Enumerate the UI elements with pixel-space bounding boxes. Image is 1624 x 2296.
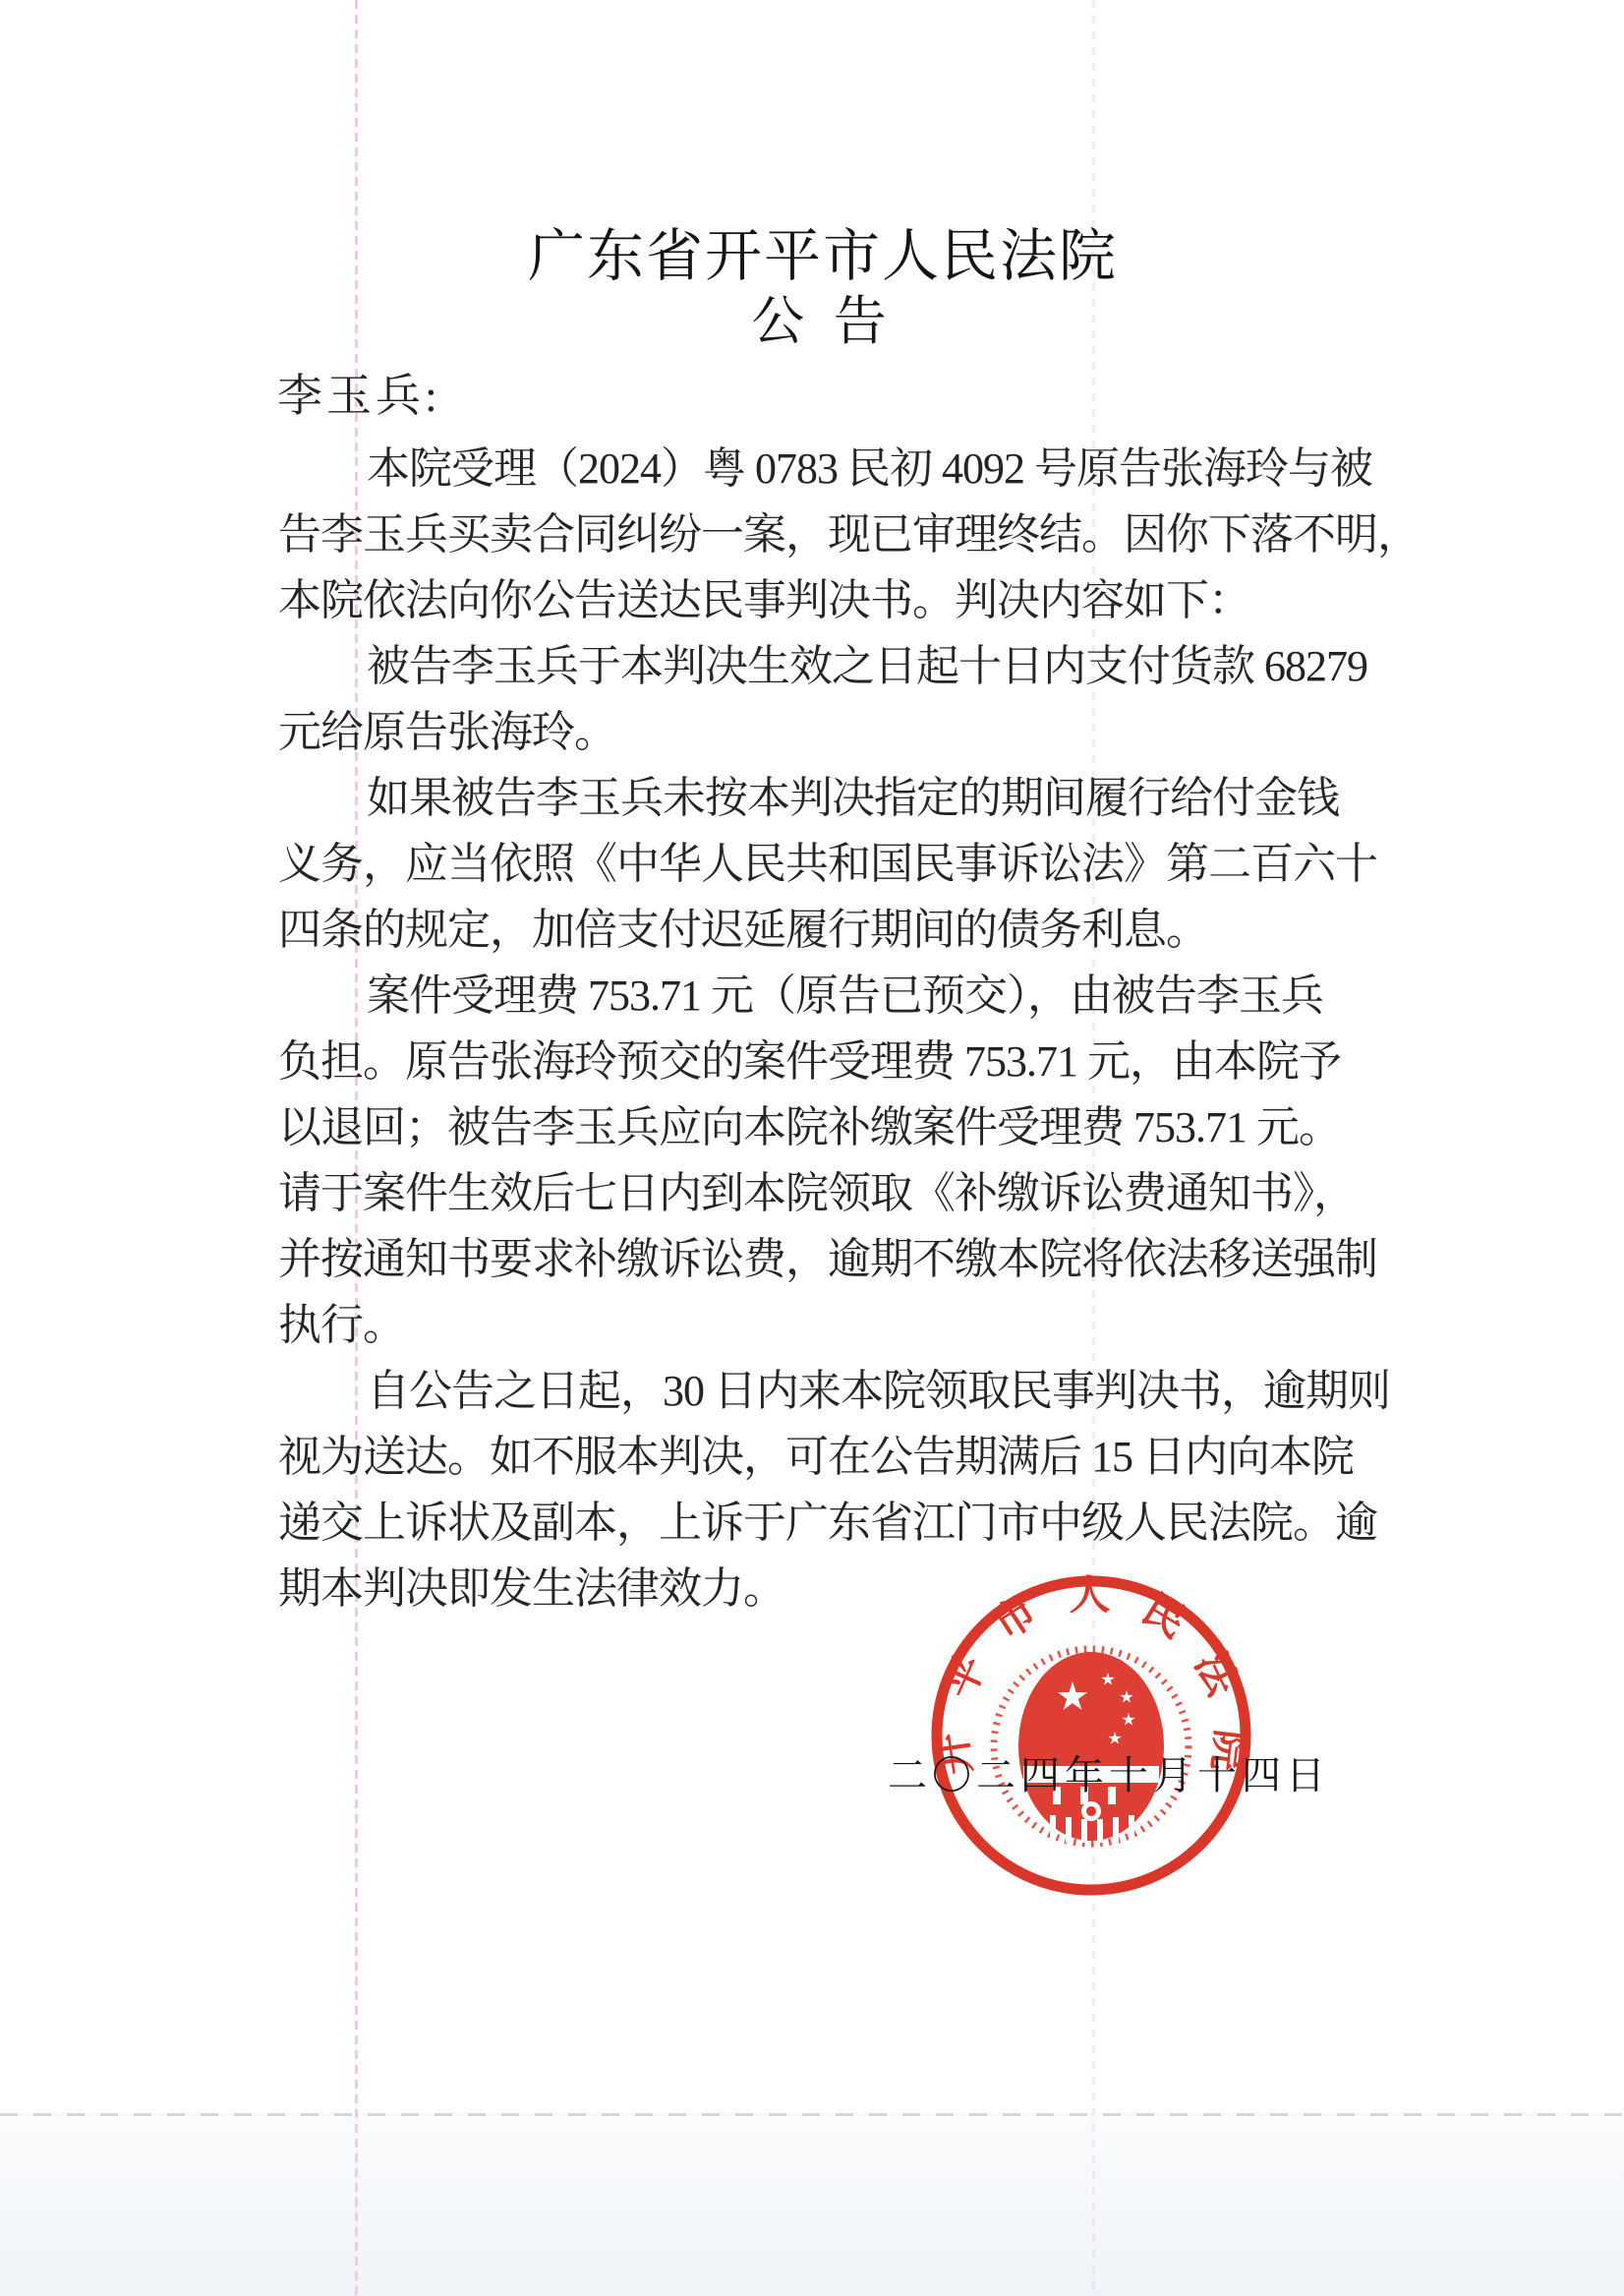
body-line: 如果被告李玉兵未按本判决指定的期间履行给付金钱 [278, 775, 1527, 822]
body-line: 义务，应当依照《中华人民共和国民事诉讼法》第二百六十 [278, 841, 1438, 888]
body-line: 自公告之日起，30 日内来本院领取民事判决书，逾期则 [278, 1368, 1527, 1415]
body-line: 请于案件生效后七日内到本院领取《补缴诉讼费通知书》， [278, 1170, 1438, 1217]
seal-national-emblem [1018, 1652, 1164, 1843]
court-red-seal: 开平市人民法院 [925, 1569, 1257, 1902]
body-line: 被告李玉兵于本判决生效之日起十日内支付货款 68279 [278, 643, 1527, 690]
body-line: 执行。 [278, 1302, 1438, 1349]
body-line: 本院依法向你公告送达民事判决书。判决内容如下： [278, 577, 1438, 624]
scanned-court-notice-page: 广东省开平市人民法院 公 告 李玉兵: 本院受理（2024）粤 0783 民初 … [0, 0, 1624, 2296]
body-line: 递交上诉状及副本，上诉于广东省江门市中级人民法院。逾 [278, 1500, 1438, 1547]
body-line: 元给原告张海玲。 [278, 709, 1438, 756]
body-line: 案件受理费 753.71 元（原告已预交），由被告李玉兵 [278, 972, 1527, 1020]
body-line: 并按通知书要求补缴诉讼费，逾期不缴本院将依法移送强制 [278, 1236, 1438, 1283]
body-line: 告李玉兵买卖合同纠纷一案，现已审理终结。因你下落不明， [278, 511, 1438, 559]
scan-bottom-tint [0, 2116, 1624, 2296]
body-line: 视为送达。如不服本判决，可在公告期满后 15 日内向本院 [278, 1434, 1438, 1481]
addressee-line: 李玉兵: [277, 374, 441, 419]
court-name-heading: 广东省开平市人民法院 [278, 228, 1367, 285]
body-line: 负担。原告张海玲预交的案件受理费 753.71 元，由本院予 [278, 1038, 1438, 1086]
body-line: 期本判决即发生法律效力。 [278, 1565, 1438, 1613]
issue-date: 二〇二四年十月十四日 [888, 1756, 1330, 1796]
body-line: 四条的规定，加倍支付迟延履行期间的债务利息。 [278, 907, 1438, 954]
body-line: 本院受理（2024）粤 0783 民初 4092 号原告张海玲与被 [278, 445, 1527, 493]
doc-title: 公 告 [278, 295, 1367, 348]
body-line: 以退回；被告李玉兵应向本院补缴案件受理费 753.71 元。 [278, 1104, 1438, 1151]
